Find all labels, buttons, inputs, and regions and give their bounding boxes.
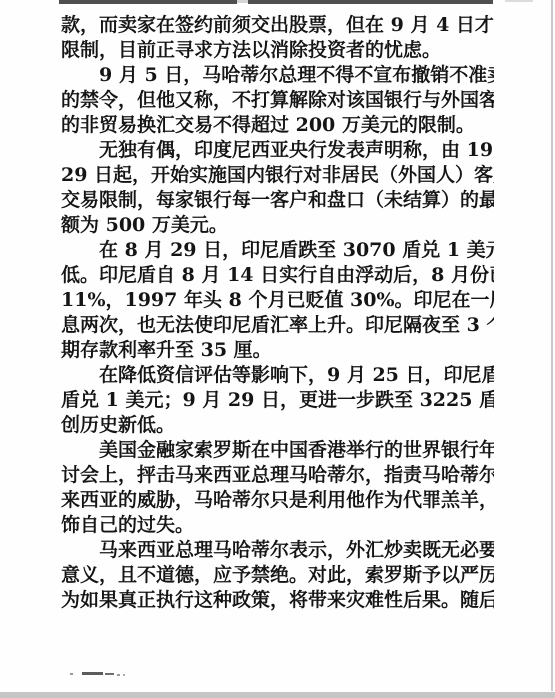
text-line: 美国金融家索罗斯在中国香港举行的世界银行年会研 xyxy=(61,438,494,463)
text-line: 在降低资信评估等影响下，9 月 25 日，印尼盾跌至 3127 xyxy=(61,363,494,388)
text-line: 在 8 月 29 日，印尼盾跌至 3070 盾兑 1 美元的历史新 xyxy=(61,238,494,263)
text-line: 29 日起，开始实施国内银行对非居民（外国人）客户的期汇 xyxy=(61,163,494,188)
text-line: 为如果真正执行这种政策，将带来灾难性后果。随后，马来 xyxy=(61,588,494,613)
text-line: 的非贸易换汇交易不得超过 200 万美元的限制。 xyxy=(61,113,494,138)
text-line: 的禁令，但他又称，不打算解除对该国银行与外国客户进行 xyxy=(61,88,494,113)
text-line: 期存款利率升至 35 厘。 xyxy=(61,338,494,363)
scan-artifact-smudge xyxy=(117,674,120,676)
text-line: 11%，1997 年头 8 个月已贬值 30%。印尼在一周内连续加 xyxy=(61,288,494,313)
text-line: 限制，目前正寻求方法以消除投资者的忧虑。 xyxy=(61,38,494,63)
text-line: 讨会上，抨击马来西亚总理马哈蒂尔，指责马哈蒂尔才是马 xyxy=(61,463,494,488)
text-line: 来西亚的威胁，马哈蒂尔只是利用他作为代罪羔羊，借以掩 xyxy=(61,488,494,513)
text-line: 盾兑 1 美元；9 月 29 日，更进一步跌至 3225 盾兑 1 美元，屡 xyxy=(61,388,494,413)
text-line: 意义，且不道德，应予禁绝。对此，索罗斯予以严厉抨击，认 xyxy=(61,563,494,588)
book-page: 款，而卖家在签约前须交出股票，但在 9 月 4 日才改变此种 限制，目前正寻求方… xyxy=(0,0,555,698)
scan-artifact-right-edge-line xyxy=(551,0,553,691)
text-line: 息两次，也无法使印尼盾汇率上升。印尼隔夜至 3 个月定 xyxy=(61,313,494,338)
text-line: 款，而卖家在签约前须交出股票，但在 9 月 4 日才改变此种 xyxy=(61,13,494,38)
scan-artifact-smudge xyxy=(70,673,73,675)
scan-artifact-top-rule xyxy=(248,0,493,4)
scan-artifact-smudge xyxy=(82,672,103,675)
body-text: 款，而卖家在签约前须交出股票，但在 9 月 4 日才改变此种 限制，目前正寻求方… xyxy=(61,13,494,613)
text-line: 交易限制，每家银行每一客户和盘口（未结算）的最高交易 xyxy=(61,188,494,213)
text-line: 饰自己的过失。 xyxy=(61,513,494,538)
scan-artifact-top-rule-gap xyxy=(237,0,248,3)
text-line: 无独有偶，印度尼西亚央行发表声明称，由 1997 年 8 月 xyxy=(61,138,494,163)
text-line: 额为 500 万美元。 xyxy=(61,213,494,238)
scan-artifact-bottom-edge-bar xyxy=(0,692,555,698)
text-line: 创历史新低。 xyxy=(61,413,494,438)
scan-artifact-top-rule xyxy=(59,0,237,4)
scan-artifact-top-rule-faint xyxy=(505,0,533,2)
text-line: 9 月 5 日，马哈蒂尔总理不得不宣布撤销不准卖空股票 xyxy=(61,63,494,88)
scan-artifact-smudge xyxy=(123,674,125,676)
text-line: 马来西亚总理马哈蒂尔表示，外汇炒卖既无必要、又无 xyxy=(61,538,494,563)
text-line: 低。印尼盾自 8 月 14 日实行自由浮动后，8 月份已跌逾 xyxy=(61,263,494,288)
scan-artifact-smudge xyxy=(105,673,114,675)
